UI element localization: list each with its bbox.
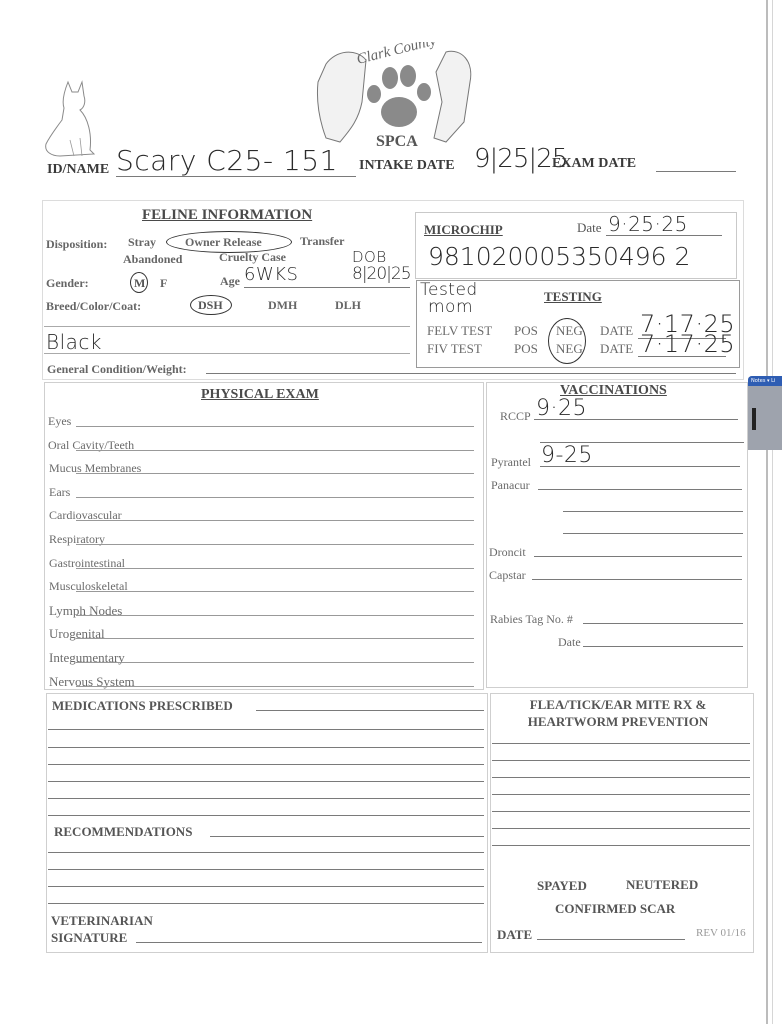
- color-value[interactable]: Black: [46, 330, 102, 354]
- microchip-number[interactable]: 981020005350496 2: [428, 242, 690, 271]
- droncit-label: Droncit: [489, 545, 526, 560]
- exam-date-label: EXAM DATE: [552, 156, 636, 172]
- rccp-line: [534, 419, 738, 420]
- disposition-cruelty-case[interactable]: Cruelty Case: [219, 250, 286, 265]
- flea-line[interactable]: [492, 794, 750, 795]
- physical-exam-field[interactable]: [76, 591, 474, 592]
- droncit-line[interactable]: [534, 556, 742, 557]
- sticky-note-barcode: [752, 408, 756, 430]
- medications-title: MEDICATIONS PRESCRIBED: [52, 698, 233, 714]
- disposition-transfer[interactable]: Transfer: [300, 234, 344, 249]
- color-line: [44, 353, 410, 354]
- flea-line[interactable]: [492, 760, 750, 761]
- flea-date-label: DATE: [497, 927, 532, 943]
- vacc-blank-line-3[interactable]: [563, 533, 743, 534]
- flea-line[interactable]: [492, 811, 750, 812]
- medications-line[interactable]: [48, 764, 484, 765]
- physical-exam-field[interactable]: [76, 544, 474, 545]
- cat-illustration-icon: [40, 78, 98, 160]
- sticky-note-label: Notes ▾ Li: [748, 376, 782, 386]
- felv-test-label: FELV TEST: [427, 323, 492, 339]
- flea-line[interactable]: [492, 828, 750, 829]
- age-line: [244, 287, 410, 288]
- neutered-option[interactable]: NEUTERED: [626, 877, 698, 893]
- physical-exam-field[interactable]: [76, 497, 474, 498]
- panacur-label: Panacur: [491, 478, 530, 493]
- flea-line[interactable]: [492, 743, 750, 744]
- flea-title-line1: FLEA/TICK/EAR MITE RX &: [490, 696, 746, 713]
- felv-date-label: DATE: [600, 323, 633, 339]
- medications-line[interactable]: [48, 747, 484, 748]
- physical-exam-field[interactable]: [76, 638, 474, 639]
- rccp-label: RCCP: [500, 409, 531, 424]
- svg-text:Clark County: Clark County: [355, 42, 438, 68]
- testing-note: Tested mom: [420, 282, 478, 316]
- disposition-abandoned[interactable]: Abandoned: [123, 252, 182, 267]
- physical-exam-label: Nervous System: [49, 674, 135, 690]
- rabies-tag-line[interactable]: [583, 623, 743, 624]
- microchip-title: MICROCHIP: [424, 222, 503, 238]
- medications-line[interactable]: [48, 815, 484, 816]
- disposition-label: Disposition:: [46, 237, 107, 252]
- recommendations-line[interactable]: [48, 852, 484, 853]
- coat-dmh[interactable]: DMH: [268, 298, 297, 313]
- fiv-date-label: DATE: [600, 341, 633, 357]
- physical-exam-label: Integumentary: [49, 650, 125, 666]
- pyrantel-value[interactable]: 9-25: [541, 443, 593, 468]
- recommendations-line[interactable]: [48, 886, 484, 887]
- felv-pos[interactable]: POS: [514, 323, 538, 339]
- physical-exam-field[interactable]: [76, 520, 474, 521]
- age-value[interactable]: 6WKS: [244, 264, 298, 285]
- id-name-label: ID/NAME: [47, 162, 109, 178]
- flea-title: FLEA/TICK/EAR MITE RX & HEARTWORM PREVEN…: [490, 696, 746, 730]
- physical-exam-label: Urogenital: [49, 626, 105, 642]
- page-edge-inner: [772, 0, 773, 1024]
- vet-signature-field[interactable]: [136, 942, 482, 943]
- flea-line[interactable]: [492, 777, 750, 778]
- flea-title-line2: HEARTWORM PREVENTION: [490, 713, 746, 730]
- svg-text:SPCA: SPCA: [376, 133, 418, 150]
- coat-selected-circle: [190, 295, 232, 315]
- vet-signature-label-line1: VETERINARIAN: [51, 912, 153, 929]
- physical-exam-label: Ears: [49, 485, 70, 500]
- medications-line[interactable]: [48, 729, 484, 730]
- rccp-value[interactable]: 9·25: [536, 396, 587, 421]
- intake-date-label: INTAKE DATE: [359, 158, 455, 174]
- fiv-pos[interactable]: POS: [514, 341, 538, 357]
- gender-selected-circle: [130, 272, 148, 293]
- recommendations-line[interactable]: [48, 869, 484, 870]
- page-edge: [766, 0, 768, 1024]
- physical-exam-field[interactable]: [76, 615, 474, 616]
- exam-date-field[interactable]: [656, 171, 736, 172]
- physical-exam-section: [44, 382, 484, 690]
- rabies-tag-label: Rabies Tag No. #: [490, 612, 573, 627]
- dob-value[interactable]: 8|20|25: [352, 264, 411, 284]
- testing-title: TESTING: [544, 289, 602, 305]
- neg-result-circle: [548, 318, 586, 364]
- microchip-date-value[interactable]: 9·25·25: [608, 212, 688, 236]
- physical-exam-field[interactable]: [76, 426, 474, 427]
- medications-line[interactable]: [48, 781, 484, 782]
- physical-exam-field[interactable]: [76, 473, 474, 474]
- vet-signature-label: VETERINARIAN SIGNATURE: [51, 912, 153, 946]
- breed-line: [44, 326, 410, 327]
- recommendations-title: RECOMMENDATIONS: [54, 824, 192, 840]
- spayed-option[interactable]: SPAYED: [537, 878, 587, 894]
- vaccinations-section: [486, 382, 748, 688]
- medications-line[interactable]: [48, 798, 484, 799]
- physical-exam-label: Lymph Nodes: [49, 603, 122, 619]
- physical-exam-field[interactable]: [76, 662, 474, 663]
- gender-female[interactable]: F: [160, 276, 167, 291]
- rabies-date-line[interactable]: [583, 646, 743, 647]
- pyrantel-label: Pyrantel: [491, 455, 531, 470]
- disposition-stray[interactable]: Stray: [128, 235, 156, 250]
- sticky-note-tab[interactable]: Notes ▾ Li: [748, 376, 782, 450]
- fiv-test-label: FIV TEST: [427, 341, 482, 357]
- id-name-value[interactable]: Scary C25- 151: [116, 144, 338, 177]
- revision-label: REV 01/16: [696, 927, 746, 939]
- gender-label: Gender:: [46, 276, 89, 291]
- recommendations-line[interactable]: [48, 903, 484, 904]
- physical-exam-title: PHYSICAL EXAM: [201, 387, 319, 403]
- capstar-label: Capstar: [489, 568, 526, 583]
- condition-field[interactable]: [206, 373, 736, 374]
- id-name-line: [116, 176, 356, 177]
- physical-exam-field[interactable]: [76, 686, 474, 687]
- medications-line-0[interactable]: [256, 710, 484, 711]
- testing-note-line2: mom: [420, 299, 478, 316]
- coat-dlh[interactable]: DLH: [335, 298, 361, 313]
- breed-label: Breed/Color/Coat:: [46, 299, 141, 314]
- feline-info-title: FELINE INFORMATION: [142, 207, 312, 224]
- spca-logo-icon: Clark County SPCA: [296, 42, 486, 152]
- fiv-date-line: [638, 356, 726, 357]
- pyrantel-line: [540, 466, 740, 467]
- microchip-date-label: Date: [577, 220, 602, 236]
- vet-signature-label-line2: SIGNATURE: [51, 929, 153, 946]
- microchip-date-line: [606, 235, 722, 236]
- vacc-blank-line-2[interactable]: [563, 511, 743, 512]
- physical-exam-label: Eyes: [48, 414, 71, 429]
- physical-exam-field[interactable]: [76, 568, 474, 569]
- recommendations-line-0[interactable]: [210, 836, 484, 837]
- fiv-date-value[interactable]: 7·17·25: [640, 330, 735, 358]
- capstar-line[interactable]: [532, 579, 742, 580]
- physical-exam-field[interactable]: [76, 450, 474, 451]
- flea-date-field[interactable]: [537, 939, 685, 940]
- confirmed-scar-option[interactable]: CONFIRMED SCAR: [555, 901, 675, 917]
- flea-line[interactable]: [492, 845, 750, 846]
- condition-label: General Condition/Weight:: [47, 362, 187, 377]
- age-label: Age: [220, 274, 240, 289]
- panacur-line[interactable]: [538, 489, 742, 490]
- rabies-date-label: Date: [558, 635, 581, 650]
